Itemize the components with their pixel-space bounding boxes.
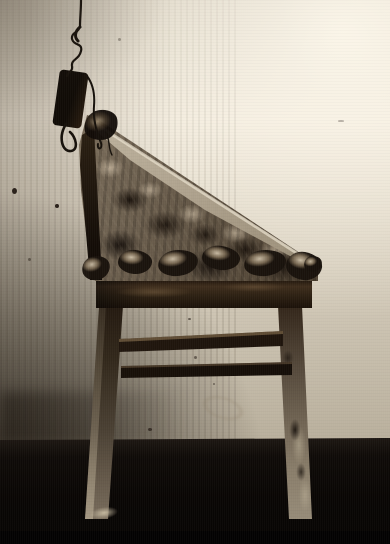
- wire-loop: [62, 124, 76, 151]
- wire-cord: [87, 76, 101, 148]
- wire-drip: [106, 132, 112, 155]
- photograph: [0, 0, 390, 544]
- wire-main: [67, 0, 81, 76]
- wire-kink: [76, 27, 80, 41]
- hanging-wire: [0, 0, 390, 544]
